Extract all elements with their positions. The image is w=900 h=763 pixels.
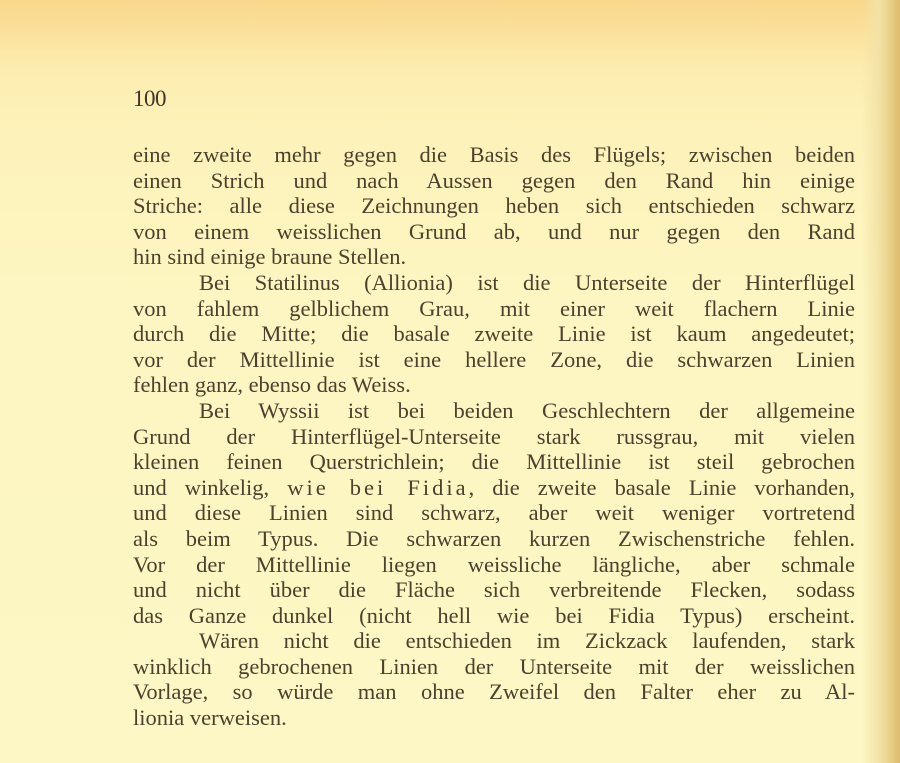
text-line: durch die Mitte; die basale zweite Linie… [133, 321, 855, 347]
text-line: Vor der Mittellinie liegen weissliche lä… [133, 552, 855, 578]
text-line: als beim Typus. Die schwarzen kurzen Zwi… [133, 526, 855, 552]
body-text: eine zweite mehr gegen die Basis des Flü… [133, 142, 855, 731]
text-segment: , die zweite basale Linie vorhanden, [469, 475, 855, 500]
text-line: einen Strich und nach Aussen gegen den R… [133, 168, 855, 194]
paragraph: Wären nicht die entschieden im Zickzack … [133, 628, 855, 730]
spaced-emphasis: wie bei Fidia [287, 475, 468, 500]
text-line: Grund der Hinterflügel-Unterseite stark … [133, 424, 855, 450]
text-line: Striche: alle diese Zeichnungen heben si… [133, 193, 855, 219]
text-line: von fahlem gelblichem Grau, mit einer we… [133, 296, 855, 322]
text-segment: und winkelig, [133, 475, 287, 500]
text-line: und nicht über die Fläche sich verbreite… [133, 577, 855, 603]
paragraph: eine zweite mehr gegen die Basis des Flü… [133, 142, 855, 270]
text-line: Vorlage, so würde man ohne Zweifel den F… [133, 679, 855, 705]
paper-stain [0, 0, 900, 60]
text-line: Bei Wyssii ist bei beiden Geschlechtern … [133, 398, 855, 424]
page-edge-shadow [862, 0, 900, 763]
text-line: Bei Statilinus (Allionia) ist die Unters… [133, 270, 855, 296]
text-line: fehlen ganz, ebenso das Weiss. [133, 372, 855, 398]
text-line: kleinen feinen Querstrichlein; die Mitte… [133, 449, 855, 475]
text-line: vor der Mittellinie ist eine hellere Zon… [133, 347, 855, 373]
page-number: 100 [133, 86, 166, 112]
text-line: lionia verweisen. [133, 705, 855, 731]
text-line: winklich gebrochenen Linien der Untersei… [133, 654, 855, 680]
text-line: von einem weisslichen Grund ab, und nur … [133, 219, 855, 245]
text-line: Wären nicht die entschieden im Zickzack … [133, 628, 855, 654]
text-line: eine zweite mehr gegen die Basis des Flü… [133, 142, 855, 168]
text-line: hin sind einige braune Stellen. [133, 244, 855, 270]
text-line: und winkelig, wie bei Fidia, die zweite … [133, 475, 855, 501]
text-line: und diese Linien sind schwarz, aber weit… [133, 500, 855, 526]
paragraph: Bei Wyssii ist bei beiden Geschlechtern … [133, 398, 855, 628]
paragraph: Bei Statilinus (Allionia) ist die Unters… [133, 270, 855, 398]
text-line: das Ganze dunkel (nicht hell wie bei Fid… [133, 603, 855, 629]
